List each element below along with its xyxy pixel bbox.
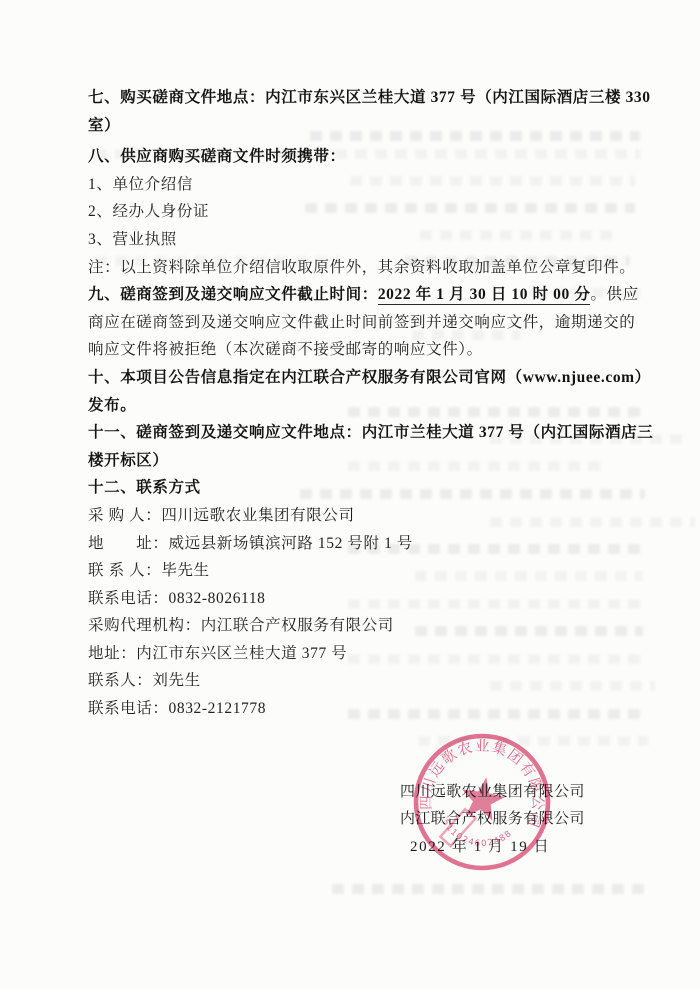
section-9-line-1: 九、磋商签到及递交响应文件截止时间：2022 年 1 月 30 日 10 时 0… — [88, 281, 646, 309]
contact-purchaser: 采 购 人：四川远歌农业集团有限公司 — [88, 502, 646, 530]
section-9-tail: 。供应 — [590, 286, 638, 303]
section-9-heading: 九、磋商签到及递交响应文件截止时间： — [88, 286, 378, 303]
deadline-underlined: 2022 年 1 月 30 日 10 时 00 分 — [378, 286, 591, 305]
section-12-heading: 十二、联系方式 — [88, 474, 646, 502]
section-11-line-1: 十一、磋商签到及递交响应文件地点：内江市兰桂大道 377 号（内江国际酒店三 — [88, 419, 646, 447]
contact-purchaser-address: 地 址：威远县新场镇滨河路 152 号附 1 号 — [88, 530, 646, 558]
contact-agency-phone: 联系电话：0832-2121778 — [88, 695, 646, 723]
contact-purchaser-phone: 联系电话：0832-8026118 — [88, 585, 646, 613]
carry-item-2: 2、经办人身份证 — [88, 198, 646, 226]
signature-date: 2022 年 1 月 19 日 — [400, 834, 585, 861]
section-7-line-2: 室） — [88, 112, 646, 140]
scanned-document-page: 七、购买磋商文件地点：内江市东兴区兰桂大道 377 号（内江国际酒店三楼 330… — [0, 0, 700, 989]
carry-item-1: 1、单位介绍信 — [88, 171, 646, 199]
contact-agency-address: 地址：内江市东兴区兰桂大道 377 号 — [88, 640, 646, 668]
section-10-line-1: 十、本项目公告信息指定在内江联合产权服务有限公司官网（www.njuee.com… — [88, 364, 646, 392]
section-9-line-3: 响应文件将被拒绝（本次磋商不接受邮寄的响应文件）。 — [88, 336, 646, 364]
signature-block: 四川远歌农业集团有限公司 内江联合产权服务有限公司 2022 年 1 月 19 … — [400, 779, 585, 861]
section-10-line-2: 发布。 — [88, 392, 646, 420]
document-body: 七、购买磋商文件地点：内江市东兴区兰桂大道 377 号（内江国际酒店三楼 330… — [88, 84, 646, 723]
section-7-line-1: 七、购买磋商文件地点：内江市东兴区兰桂大道 377 号（内江国际酒店三楼 330 — [88, 84, 646, 112]
contact-agency: 采购代理机构：内江联合产权服务有限公司 — [88, 612, 646, 640]
section-9-line-2: 商应在磋商签到及递交响应文件截止时间前签到并递交响应文件，逾期递交的 — [88, 309, 646, 337]
note-line: 注：以上资料除单位介绍信收取原件外，其余资料收取加盖单位公章复印件。 — [88, 254, 646, 282]
contact-purchaser-person: 联 系 人：毕先生 — [88, 557, 646, 585]
section-8-heading: 八、供应商购买磋商文件时须携带： — [88, 143, 646, 171]
contact-agency-person: 联系人：刘先生 — [88, 667, 646, 695]
signature-company-1: 四川远歌农业集团有限公司 — [400, 779, 585, 806]
carry-item-3: 3、营业执照 — [88, 226, 646, 254]
section-11-line-2: 楼开标区） — [88, 447, 646, 475]
signature-company-2: 内江联合产权服务有限公司 — [400, 806, 585, 833]
